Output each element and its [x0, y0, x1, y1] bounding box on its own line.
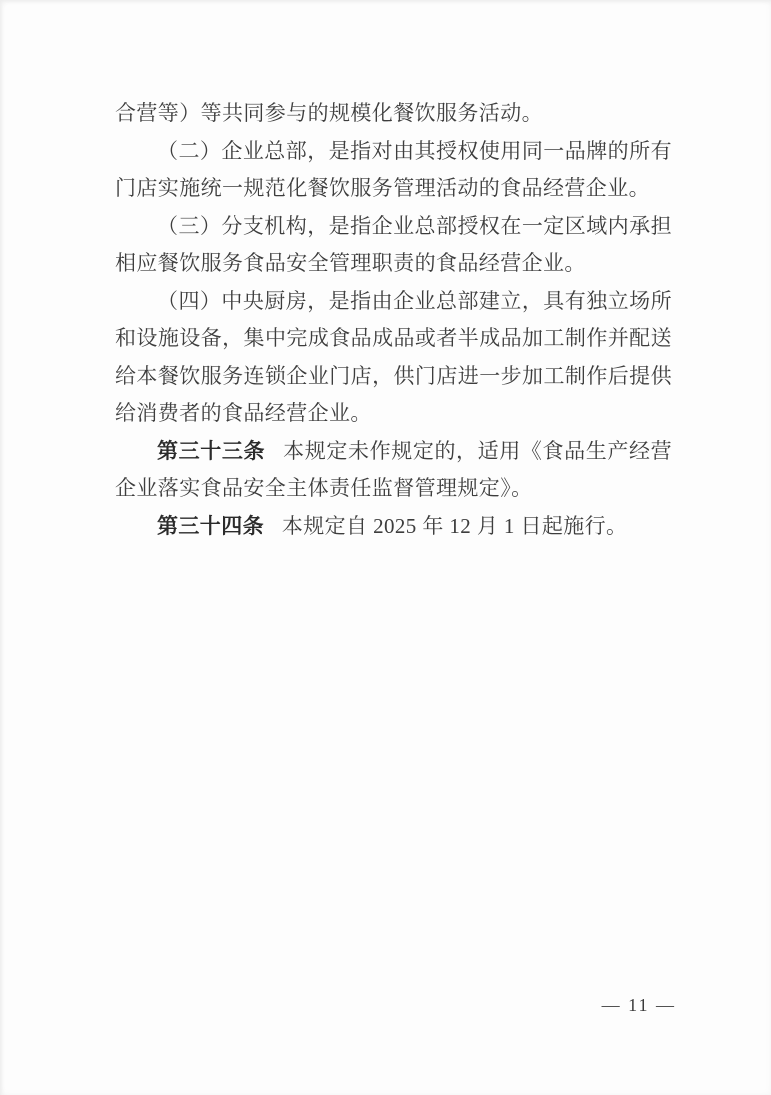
article-34-text: 本规定自 2025 年 12 月 1 日起施行。 [282, 514, 628, 538]
document-line: 企业落实食品安全主体责任监督管理规定》。 [115, 470, 672, 508]
document-line-article-34: 第三十四条本规定自 2025 年 12 月 1 日起施行。 [115, 508, 672, 546]
document-page: 合营等）等共同参与的规模化餐饮服务活动。 （二）企业总部，是指对由其授权使用同一… [0, 0, 771, 1095]
article-33-text: 本规定未作规定的，适用《食品生产经营 [283, 439, 672, 463]
document-text-block: 合营等）等共同参与的规模化餐饮服务活动。 （二）企业总部，是指对由其授权使用同一… [115, 95, 672, 545]
document-line: （四）中央厨房，是指由企业总部建立，具有独立场所 [115, 283, 672, 321]
page-number: — 11 — [602, 995, 676, 1016]
document-line: 和设施设备，集中完成食品成品或者半成品加工制作并配送 [115, 320, 672, 358]
article-34-term: 第三十四条 [157, 514, 264, 538]
article-33-term: 第三十三条 [157, 439, 265, 463]
document-line: （二）企业总部，是指对由其授权使用同一品牌的所有 [115, 133, 672, 171]
document-line: 给消费者的食品经营企业。 [115, 395, 672, 433]
document-line: （三）分支机构，是指企业总部授权在一定区域内承担 [115, 208, 672, 246]
document-line: 门店实施统一规范化餐饮服务管理活动的食品经营企业。 [115, 170, 672, 208]
document-line: 相应餐饮服务食品安全管理职责的食品经营企业。 [115, 245, 672, 283]
document-line: 合营等）等共同参与的规模化餐饮服务活动。 [115, 95, 672, 133]
document-line-article-33: 第三十三条本规定未作规定的，适用《食品生产经营 [115, 433, 672, 471]
document-line: 给本餐饮服务连锁企业门店，供门店进一步加工制作后提供 [115, 358, 672, 396]
